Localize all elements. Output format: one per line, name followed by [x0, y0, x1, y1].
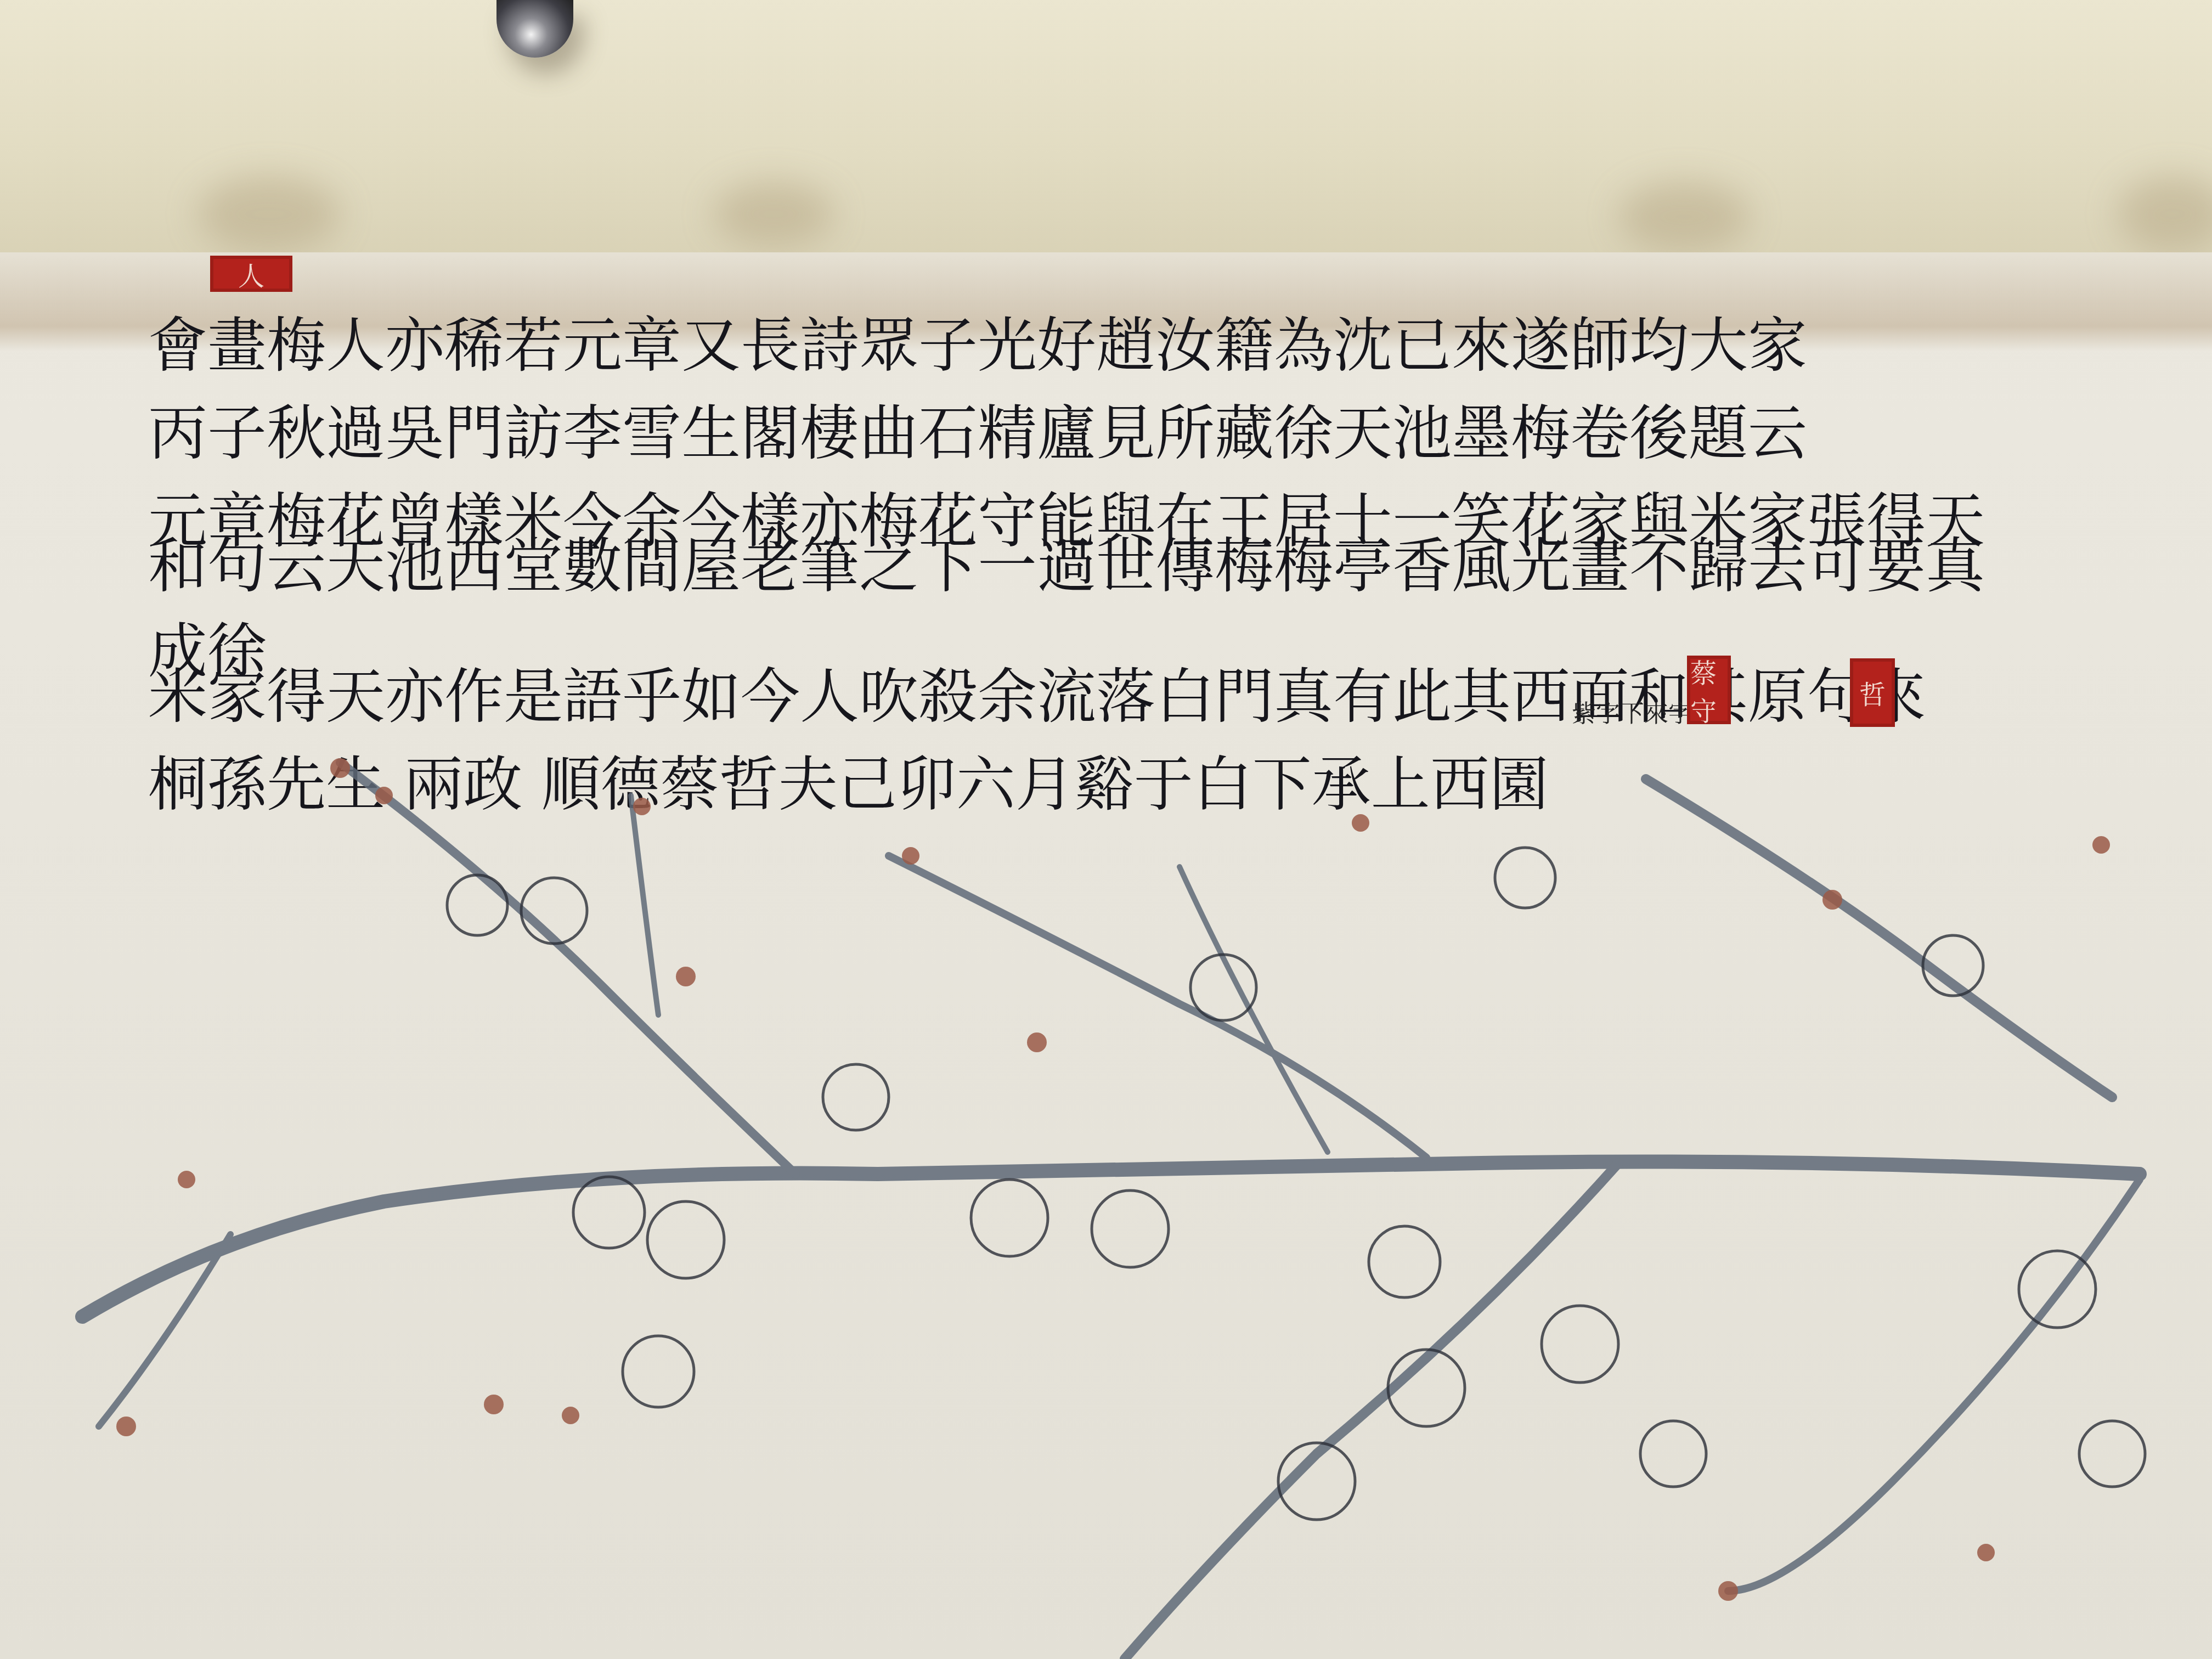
plum-branches [0, 0, 2212, 1659]
